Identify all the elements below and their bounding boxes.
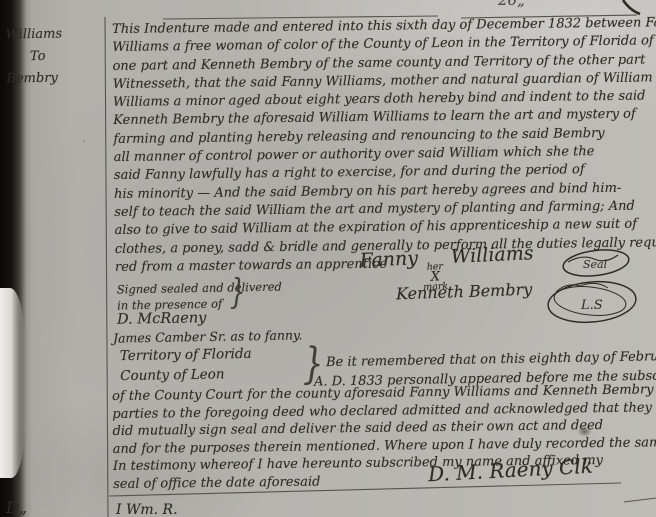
attestation-clause: Signed sealed and delivered in the prese… (117, 280, 283, 314)
indenture-paragraph: This Indenture made and entered into thi… (112, 14, 656, 277)
page-curl-highlight (0, 288, 25, 478)
seal-word-ls: L.S (580, 298, 603, 313)
margin-party-bottom: Bembry (6, 68, 63, 91)
jurat-county: County of Leon (120, 364, 252, 386)
cut-off-corner-stroke (623, 0, 640, 14)
signature-fanny-first: Fanny (359, 247, 418, 272)
signature-fanny-last: Williams (450, 242, 533, 268)
page-number-fragment: 26„ (498, 0, 525, 9)
witness-signature-camber: James Camber Sr. as to fanny. (113, 327, 303, 345)
entry-divider-rule-right (624, 498, 656, 502)
next-entry-fragment: I Wm. R. (116, 502, 178, 517)
seal-scribble-kenneth (546, 278, 637, 326)
attestation-brace: } (230, 272, 245, 313)
margin-party-top: Williams (5, 24, 62, 47)
signature-kenneth-bembry: Kenneth Bembry (396, 280, 533, 304)
jurat-territory: Territory of Florida (120, 345, 252, 367)
margin-case-note: Williams To Bembry (5, 24, 63, 91)
attestation-line: Signed sealed and delivered (117, 280, 282, 298)
jurat-intro-line: Be it remembered that on this eighth day… (326, 349, 656, 370)
record-book-page: Seal L.S 26„ Williams To Bembry This Ind… (0, 0, 656, 517)
ink-stain (577, 426, 592, 437)
margin-vertical-rule (105, 17, 108, 517)
margin-vs: To (6, 46, 63, 69)
next-entry-margin-mark: D„ (6, 498, 27, 517)
witness-signature-mcraeny: D. McRaeny (117, 310, 207, 328)
jurat-venue: Territory of Florida County of Leon (120, 345, 252, 386)
